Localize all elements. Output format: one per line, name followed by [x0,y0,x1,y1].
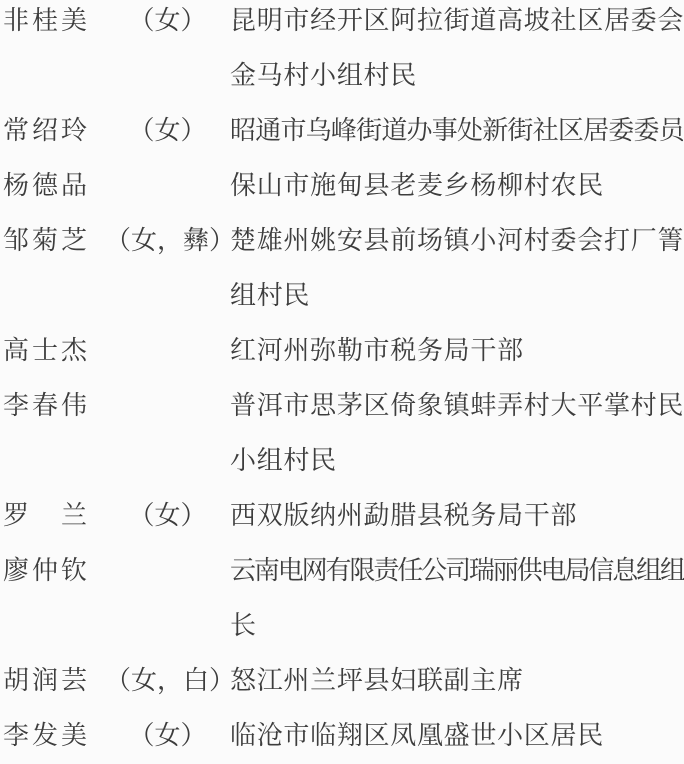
honoree-name: 李发美 [3,708,105,763]
honoree-row: 非桂美 （女） 昆明市经开区阿拉街道高坡社区居委会金马村小组村民 [3,0,684,103]
description-line: 长 [230,598,684,653]
honoree-row: 杨德品 保山市施甸县老麦乡杨柳村农民 [3,158,684,213]
description-line: 红河州弥勒市税务局干部 [230,323,684,378]
honoree-name: 常绍玲 [3,103,105,158]
description-line: 昆明市经开区阿拉街道高坡社区居委会 [230,0,684,48]
honoree-row: 高士杰 红河州弥勒市税务局干部 [3,323,684,378]
honoree-name: 高士杰 [3,323,105,378]
honoree-row: 廖仲钦 云南电网有限责任公司瑞丽供电局信息组组长 [3,543,684,653]
description-line: 怒江州兰坪县妇联副主席 [230,653,684,708]
description-line: 保山市施甸县老麦乡杨柳村农民 [230,158,684,213]
description-line: 组村民 [230,268,684,323]
honoree-name: 邹菊芝 [3,213,105,268]
gender-ethnicity-annotation: （女，彝） [105,213,230,268]
honoree-description: 昆明市经开区阿拉街道高坡社区居委会金马村小组村民 [230,0,684,103]
description-line: 小组村民 [230,433,684,488]
honoree-description: 红河州弥勒市税务局干部 [230,323,684,378]
honoree-description: 怒江州兰坪县妇联副主席 [230,653,684,708]
honoree-name: 罗 兰 [3,488,105,543]
honoree-description: 保山市施甸县老麦乡杨柳村农民 [230,158,684,213]
description-line: 昭通市乌峰街道办事处新街社区居委委员 [230,103,684,158]
description-line: 普洱市思茅区倚象镇蚌弄村大平掌村民 [230,378,684,433]
honoree-name: 李春伟 [3,378,105,433]
gender-ethnicity-annotation: （女） [105,103,230,158]
honoree-row: 罗 兰 （女） 西双版纳州勐腊县税务局干部 [3,488,684,543]
honoree-description: 临沧市临翔区凤凰盛世小区居民 [230,708,684,763]
honoree-description: 昭通市乌峰街道办事处新街社区居委委员 [230,103,684,158]
honoree-row: 胡润芸 （女，白） 怒江州兰坪县妇联副主席 [3,653,684,708]
honoree-name: 廖仲钦 [3,543,105,598]
honoree-description: 普洱市思茅区倚象镇蚌弄村大平掌村民小组村民 [230,378,684,488]
description-line: 云南电网有限责任公司瑞丽供电局信息组组 [230,543,684,598]
gender-ethnicity-annotation: （女） [105,708,230,763]
honoree-description: 西双版纳州勐腊县税务局干部 [230,488,684,543]
honoree-row: 邹菊芝 （女，彝） 楚雄州姚安县前场镇小河村委会打厂箐组村民 [3,213,684,323]
description-line: 金马村小组村民 [230,48,684,103]
honoree-list: 非桂美 （女） 昆明市经开区阿拉街道高坡社区居委会金马村小组村民 常绍玲 （女）… [0,0,684,763]
honoree-name: 胡润芸 [3,653,105,708]
honoree-name: 非桂美 [3,0,105,48]
description-line: 临沧市临翔区凤凰盛世小区居民 [230,708,684,763]
honoree-name: 杨德品 [3,158,105,213]
description-line: 西双版纳州勐腊县税务局干部 [230,488,684,543]
gender-ethnicity-annotation: （女，白） [105,653,230,708]
honoree-row: 常绍玲 （女） 昭通市乌峰街道办事处新街社区居委委员 [3,103,684,158]
honoree-row: 李春伟 普洱市思茅区倚象镇蚌弄村大平掌村民小组村民 [3,378,684,488]
honoree-row: 李发美 （女） 临沧市临翔区凤凰盛世小区居民 [3,708,684,763]
gender-ethnicity-annotation: （女） [105,0,230,48]
honoree-description: 云南电网有限责任公司瑞丽供电局信息组组长 [230,543,684,653]
scanned-document: { "document": { "type": "honoree-name-li… [0,0,684,764]
gender-ethnicity-annotation: （女） [105,488,230,543]
honoree-description: 楚雄州姚安县前场镇小河村委会打厂箐组村民 [230,213,684,323]
description-line: 楚雄州姚安县前场镇小河村委会打厂箐 [230,213,684,268]
